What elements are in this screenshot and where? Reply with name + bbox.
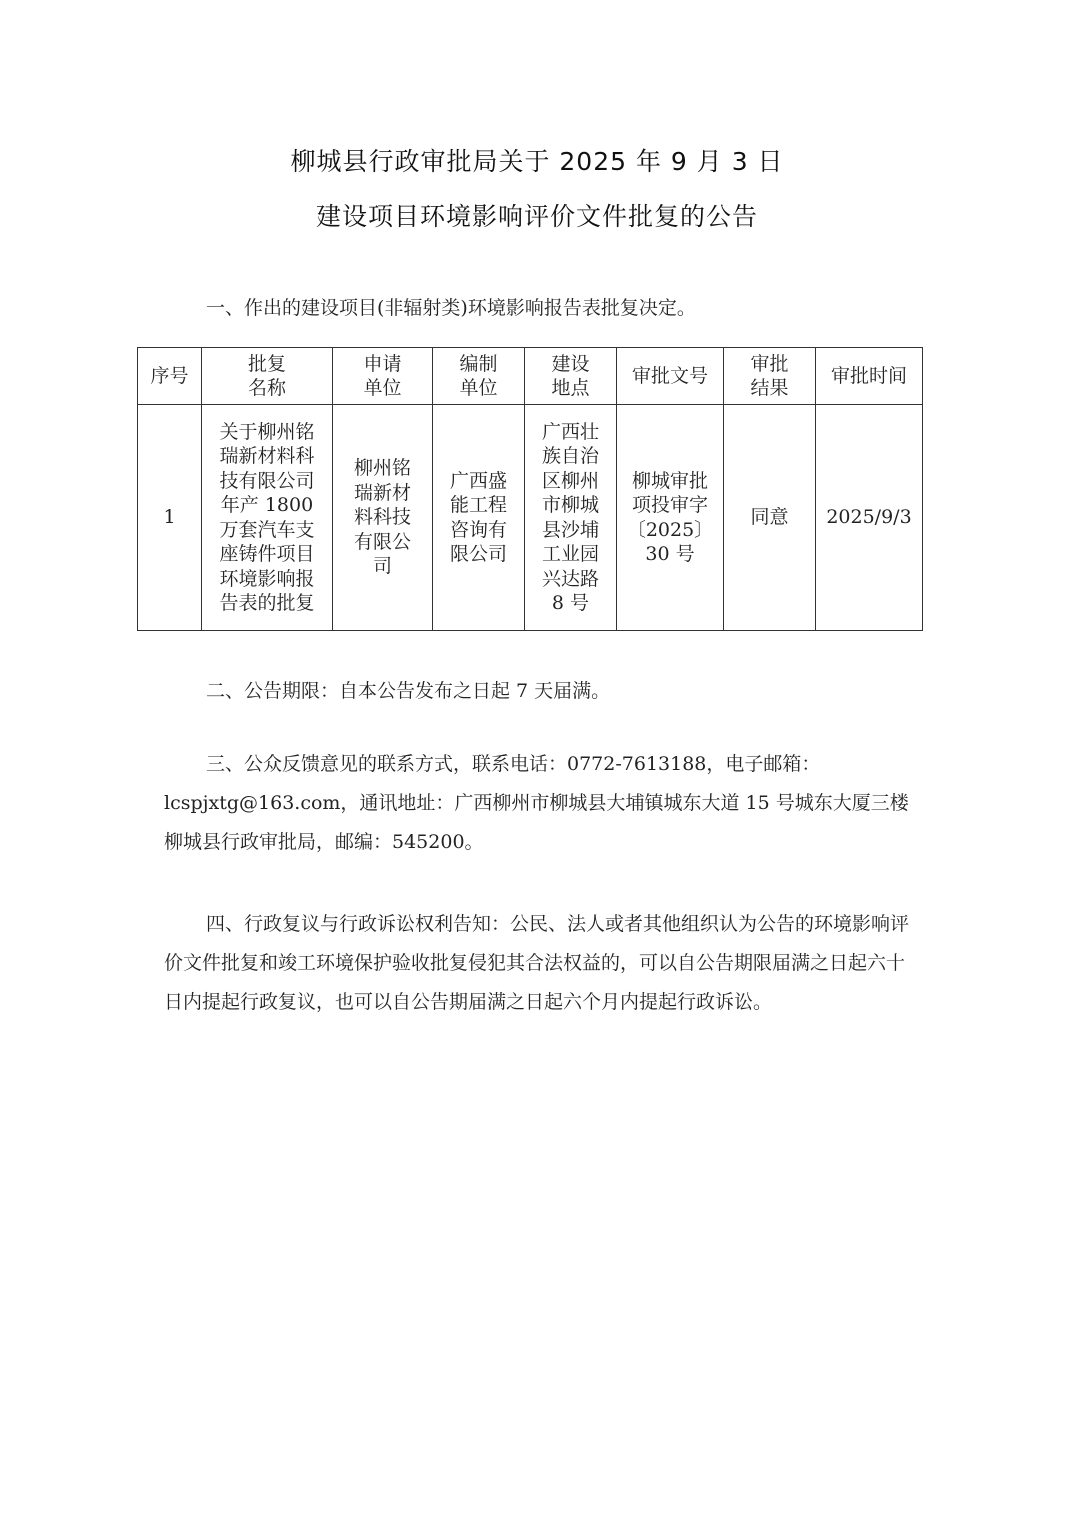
cell-approval-name: 关于柳州铭瑞新材料科技有限公司年产 1800万套汽车支座铸件项目环境影响报告表的… bbox=[202, 405, 333, 631]
header-preparer: 编制单位 bbox=[433, 348, 525, 405]
table-header-row: 序号批复名称申请单位编制单位建设地点审批文号审批结果审批时间 bbox=[138, 348, 923, 405]
header-location: 建设地点 bbox=[525, 348, 617, 405]
cell-result: 同意 bbox=[724, 405, 816, 631]
header-no: 序号 bbox=[138, 348, 202, 405]
cell-doc-number: 柳城审批项投审字〔2025〕30 号 bbox=[617, 405, 724, 631]
approval-table: 序号批复名称申请单位编制单位建设地点审批文号审批结果审批时间 1 关于柳州铭瑞新… bbox=[137, 347, 923, 631]
cell-applicant: 柳州铭瑞新材料科技有限公司 bbox=[333, 405, 433, 631]
section1-text: 一、作出的建设项目(非辐射类)环境影响报告表批复决定。 bbox=[164, 293, 916, 320]
cell-location: 广西壮族自治区柳州市柳城县沙埔工业园兴达路8 号 bbox=[525, 405, 617, 631]
table-row: 1 关于柳州铭瑞新材料科技有限公司年产 1800万套汽车支座铸件项目环境影响报告… bbox=[138, 405, 923, 631]
header-approval-name: 批复名称 bbox=[202, 348, 333, 405]
page-title-line1: 柳城县行政审批局关于 2025 年 9 月 3 日 bbox=[0, 142, 1074, 178]
header-applicant: 申请单位 bbox=[333, 348, 433, 405]
section2-text: 二、公告期限：自本公告发布之日起 7 天届满。 bbox=[164, 676, 916, 703]
page-title-line2: 建设项目环境影响评价文件批复的公告 bbox=[0, 197, 1074, 233]
section4-text: 四、行政复议与行政诉讼权利告知：公民、法人或者其他组织认为公告的环境影响评价文件… bbox=[164, 905, 916, 1022]
cell-preparer: 广西盛能工程咨询有限公司 bbox=[433, 405, 525, 631]
header-doc-number: 审批文号 bbox=[617, 348, 724, 405]
section3-text: 三、公众反馈意见的联系方式，联系电话：0772-7613188，电子邮箱：lcs… bbox=[164, 745, 916, 862]
cell-no: 1 bbox=[138, 405, 202, 631]
header-date: 审批时间 bbox=[816, 348, 923, 405]
header-result: 审批结果 bbox=[724, 348, 816, 405]
cell-date: 2025/9/3 bbox=[816, 405, 923, 631]
